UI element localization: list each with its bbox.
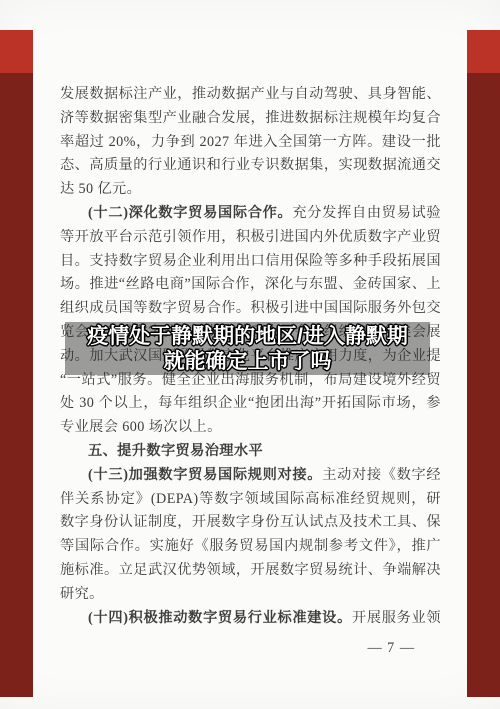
document-line: (十三)加强数字贸易国际规则对接。主动对接《数字经济伙	[60, 464, 441, 488]
scanned-document-page: 发展数据标注产业，推动数据产业与自动驾驶、具身智能、低空经济等数据密集型产业融合…	[0, 0, 500, 709]
document-line: 态、高质量的行业通识和行业专识数据集，实现数据流通交易规模	[60, 154, 441, 178]
document-line: 伴关系协定》(DEPA)等数字领域国际高标准经贸规则，研究完善	[60, 488, 441, 512]
document-line: 研究。	[60, 583, 441, 607]
document-line: 处 30 个以上，每年组织企业“抱团出海”开拓国际市场，参加境外	[60, 392, 441, 416]
document-line: 达 50 亿元。	[60, 178, 441, 202]
document-line: (十四)积极推动数字贸易行业标准建设。开展服务业领域	[60, 607, 441, 631]
document-line: 场。推进“丝路电商”国际合作，深化与东盟、金砖国家、上海合作	[60, 273, 441, 297]
headline-line-1: 疫情处于静默期的地区/进入静默期	[87, 324, 408, 349]
document-line: 等国际合作。实施好《服务贸易国内规制参考文件》，推广相关实	[60, 535, 441, 559]
document-line: 数字身份认证制度，开展数字身份互认试点及技术工具、保障标准	[60, 511, 441, 535]
document-line: 施标准。立足武汉优势领域，开展数字贸易统计、争端解决机制等	[60, 559, 441, 583]
page-number: — 7 —	[60, 637, 441, 661]
page-footer: — 7 —	[60, 637, 441, 661]
left-red-edge-strip	[0, 30, 33, 703]
right-red-edge-bar	[467, 73, 500, 697]
document-line: 发展数据标注产业，推动数据产业与自动驾驶、具身智能、低空经	[60, 83, 441, 107]
headline-overlay-banner[interactable]: 疫情处于静默期的地区/进入静默期 就能确定上市了吗	[65, 322, 430, 375]
document-line: 目。支持数字贸易企业利用出口信用保险等多种手段拓展国际市	[60, 250, 441, 274]
document-line: 等开放平台示范引领作用，积极引进国内外优质数字产业贸易项	[60, 226, 441, 250]
document-line: 济等数据密集型产业融合发展，推进数据标注规模年均复合增长	[60, 107, 441, 131]
right-red-edge-cap	[467, 30, 500, 73]
left-red-edge-cap	[0, 30, 33, 73]
document-line: 五、提升数字贸易治理水平	[60, 440, 441, 464]
headline-line-2: 就能确定上市了吗	[164, 349, 332, 374]
document-line: 组织成员国等数字贸易合作。积极引进中国国际服务外包交易博	[60, 297, 441, 321]
right-red-edge-strip	[467, 30, 500, 703]
document-line: (十二)深化数字贸易国际合作。充分发挥自由贸易试验区	[60, 202, 441, 226]
left-red-edge-bar	[0, 73, 33, 697]
document-line: 专业展会 600 场次以上。	[60, 416, 441, 440]
document-line: 率超过 20%，力争到 2027 年进入全国第一方阵。建设一批多模	[60, 131, 441, 155]
